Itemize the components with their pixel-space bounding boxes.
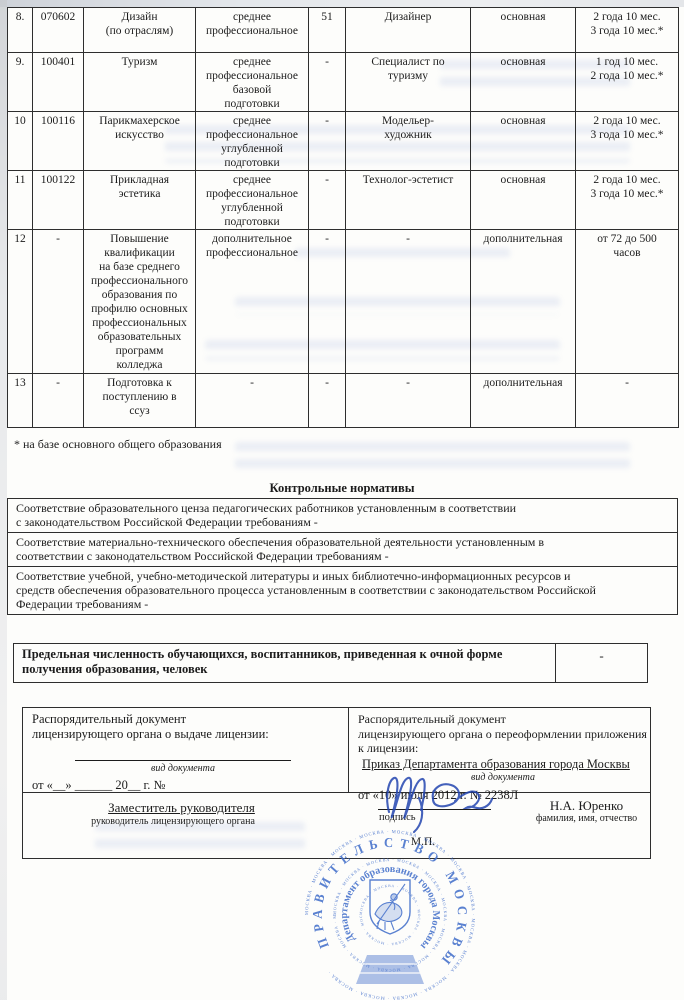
- scanned-license-page: 8.070602Дизайн (по отраслям)среднее проф…: [0, 0, 684, 1000]
- cell-name: Повышение квалификации на базе среднего …: [84, 230, 196, 374]
- cell-code2: -: [309, 230, 346, 374]
- scan-top-edge: [0, 0, 684, 7]
- scan-left-edge: [0, 0, 7, 1000]
- cell-name: Дизайн (по отраслям): [84, 8, 196, 53]
- normative-row: Соответствие учебной, учебно-методическо…: [8, 567, 677, 614]
- table-row: 8.070602Дизайн (по отраслям)среднее проф…: [8, 8, 679, 53]
- cell-code2: 51: [309, 8, 346, 53]
- cell-level: среднее профессиональное: [196, 8, 309, 53]
- cell-duration: 2 года 10 мес. 3 года 10 мес.*: [576, 171, 679, 230]
- cell-code: 100401: [33, 53, 84, 112]
- cell-qualification: Дизайнер: [346, 8, 471, 53]
- program-table-body: 8.070602Дизайн (по отраслям)среднее проф…: [8, 8, 679, 428]
- cell-type: основная: [471, 112, 576, 171]
- cell-qualification: Специалист по туризму: [346, 53, 471, 112]
- normatives-title: Контрольные нормативы: [0, 481, 684, 496]
- cell-num: 11: [8, 171, 33, 230]
- cell-level: среднее профессиональное базовой подгото…: [196, 53, 309, 112]
- cell-num: 9.: [8, 53, 33, 112]
- capacity-box: Предельная численность обучающихся, восп…: [13, 643, 648, 683]
- table-row: 10100116Парикмахерское искусствосреднее …: [8, 112, 679, 171]
- cell-num: 12: [8, 230, 33, 374]
- cell-name: Парикмахерское искусство: [84, 112, 196, 171]
- cell-level: дополнительное профессиональное: [196, 230, 309, 374]
- cell-code: -: [33, 374, 84, 428]
- cell-qualification: -: [346, 230, 471, 374]
- table-row: 12-Повышение квалификации на базе средне…: [8, 230, 679, 374]
- order-issue-section: Распорядительный документ лицензирующего…: [23, 708, 349, 792]
- cell-level: -: [196, 374, 309, 428]
- cell-code2: -: [309, 171, 346, 230]
- normative-row: Соответствие образовательного ценза педа…: [8, 499, 677, 533]
- cell-type: дополнительная: [471, 374, 576, 428]
- cell-qualification: -: [346, 374, 471, 428]
- doc-type-label: вид документа: [75, 761, 291, 776]
- blank-underline: [75, 747, 291, 761]
- table-row: 9.100401Туризмсреднее профессиональное б…: [8, 53, 679, 112]
- cell-duration: -: [576, 374, 679, 428]
- normative-row: Соответствие материально-технического об…: [8, 533, 677, 567]
- signatory-name: Н.А. Юренко: [523, 798, 650, 814]
- capacity-value: -: [556, 644, 647, 682]
- cell-num: 8.: [8, 8, 33, 53]
- position-subtitle: руководитель лицензирующего органа: [23, 816, 323, 827]
- cell-name: Прикладная эстетика: [84, 171, 196, 230]
- stamp-bottom-ribbon: [356, 955, 424, 984]
- cell-code2: -: [309, 112, 346, 171]
- order-reissue-heading: Распорядительный документ лицензирующего…: [358, 712, 648, 756]
- cell-duration: от 72 до 500 часов: [576, 230, 679, 374]
- table-row: 11100122Прикладная эстетикасреднее профе…: [8, 171, 679, 230]
- capacity-label: Предельная численность обучающихся, восп…: [14, 644, 556, 682]
- cell-code: -: [33, 230, 84, 374]
- cell-type: основная: [471, 53, 576, 112]
- cell-duration: 2 года 10 мес. 3 года 10 мес.*: [576, 112, 679, 171]
- signatory-name-subtitle: фамилия, имя, отчество: [518, 813, 655, 824]
- cell-type: основная: [471, 8, 576, 53]
- cell-code: 100122: [33, 171, 84, 230]
- date-line: от «__» ______ 20__ г. №: [32, 778, 342, 793]
- cell-code2: -: [309, 374, 346, 428]
- cell-num: 13: [8, 374, 33, 428]
- order-issue-heading: Распорядительный документ лицензирующего…: [32, 712, 342, 742]
- cell-duration: 1 год 10 мес. 2 года 10 мес.*: [576, 53, 679, 112]
- table-row: 13-Подготовка к поступлению в ссуз---доп…: [8, 374, 679, 428]
- official-stamp: МОСКВА · МОСКВА · МОСКВА · МОСКВА · МОСК…: [295, 820, 485, 1000]
- cell-code2: -: [309, 53, 346, 112]
- cell-code: 070602: [33, 8, 84, 53]
- cell-duration: 2 года 10 мес. 3 года 10 мес.*: [576, 8, 679, 53]
- cell-type: дополнительная: [471, 230, 576, 374]
- cell-name: Туризм: [84, 53, 196, 112]
- cell-code: 100116: [33, 112, 84, 171]
- position-title: Заместитель руководителя: [23, 800, 340, 816]
- cell-name: Подготовка к поступлению в ссуз: [84, 374, 196, 428]
- cell-qualification: Модельер- художник: [346, 112, 471, 171]
- cell-level: среднее профессиональное углубленной под…: [196, 171, 309, 230]
- cell-level: среднее профессиональное углубленной под…: [196, 112, 309, 171]
- cell-qualification: Технолог-эстетист: [346, 171, 471, 230]
- cell-num: 10: [8, 112, 33, 171]
- cell-type: основная: [471, 171, 576, 230]
- bleed-through-artifact: [235, 442, 630, 470]
- program-table: 8.070602Дизайн (по отраслям)среднее проф…: [7, 7, 679, 428]
- footnote: * на базе основного общего образования: [14, 437, 222, 452]
- normatives-table: Соответствие образовательного ценза педа…: [7, 498, 678, 615]
